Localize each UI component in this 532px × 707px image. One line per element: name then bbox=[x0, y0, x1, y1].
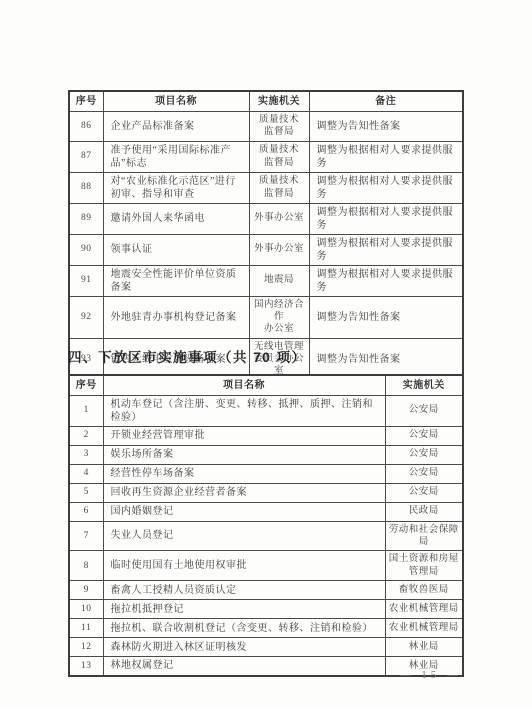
table-header-row: 序号 项目名称 实施机关 bbox=[69, 375, 463, 395]
cell-agency: 公安局 bbox=[385, 426, 463, 445]
adjusted-items-table: 序号 项目名称 实施机关 备注 86 企业产品标准备案 质量技术 监督局 调整为… bbox=[68, 90, 464, 382]
table-row: 92 外地驻青办事机构登记备案 国内经济合作 办公室 调整为告知性备案 bbox=[69, 296, 463, 338]
cell-remark: 调整为根据相对人要求提供服务 bbox=[309, 172, 463, 203]
cell-name: 开锁业经营管理审批 bbox=[103, 426, 385, 445]
col-header-no: 序号 bbox=[69, 375, 103, 395]
table-row: 89 邀请外国人来华函电 外事办公室 调整为根据相对人要求提供服务 bbox=[69, 203, 463, 234]
cell-agency: 国土资源和房屋 管理局 bbox=[385, 551, 463, 581]
cell-name: 失业人员登记 bbox=[103, 521, 385, 551]
cell-name: 临时使用国有土地使用权审批 bbox=[103, 551, 385, 581]
cell-name: 拖拉机、联合收割机登记（含变更、转移、注销和检验） bbox=[103, 619, 385, 638]
cell-agency: 地震局 bbox=[249, 265, 309, 296]
cell-no: 86 bbox=[69, 111, 103, 141]
col-header-remark: 备注 bbox=[309, 91, 463, 111]
page-number: — 15 — bbox=[400, 669, 463, 681]
table-row: 90 领事认证 外事办公室 调整为根据相对人要求提供服务 bbox=[69, 234, 463, 265]
cell-agency: 民政局 bbox=[385, 502, 463, 521]
table-row: 9 畜禽人工授精人员资质认定 畜牧兽医局 bbox=[69, 581, 463, 600]
cell-name: 对“农业标准化示范区”进行初审、指导和审查 bbox=[103, 172, 249, 203]
cell-name: 经营性停车场备案 bbox=[103, 464, 385, 483]
table-row: 4 经营性停车场备案 公安局 bbox=[69, 464, 463, 483]
col-header-no: 序号 bbox=[69, 91, 103, 111]
col-header-name: 项目名称 bbox=[103, 91, 249, 111]
cell-agency: 质量技术 监督局 bbox=[249, 141, 309, 172]
cell-agency: 质量技术 监督局 bbox=[249, 172, 309, 203]
cell-name: 拖拉机抵押登记 bbox=[103, 600, 385, 619]
table-row: 91 地震安全性能评价单位资质备案 地震局 调整为根据相对人要求提供服务 bbox=[69, 265, 463, 296]
cell-agency: 质量技术 监督局 bbox=[249, 111, 309, 141]
cell-agency: 畜牧兽医局 bbox=[385, 581, 463, 600]
cell-remark: 调整为根据相对人要求提供服务 bbox=[309, 203, 463, 234]
cell-no: 13 bbox=[69, 657, 103, 676]
cell-name: 邀请外国人来华函电 bbox=[103, 203, 249, 234]
table-row: 5 回收再生资源企业经营者备案 公安局 bbox=[69, 483, 463, 502]
cell-no: 7 bbox=[69, 521, 103, 551]
cell-no: 92 bbox=[69, 296, 103, 338]
cell-agency: 农业机械管理局 bbox=[385, 619, 463, 638]
cell-no: 91 bbox=[69, 265, 103, 296]
table-row: 11 拖拉机、联合收割机登记（含变更、转移、注销和检验） 农业机械管理局 bbox=[69, 619, 463, 638]
cell-remark: 调整为根据相对人要求提供服务 bbox=[309, 141, 463, 172]
cell-no: 90 bbox=[69, 234, 103, 265]
cell-name: 准予使用“采用国际标准产品”标志 bbox=[103, 141, 249, 172]
cell-no: 9 bbox=[69, 581, 103, 600]
table-row: 6 国内婚姻登记 民政局 bbox=[69, 502, 463, 521]
document-page: 序号 项目名称 实施机关 备注 86 企业产品标准备案 质量技术 监督局 调整为… bbox=[0, 0, 532, 707]
cell-remark: 调整为告知性备案 bbox=[309, 296, 463, 338]
table-row: 2 开锁业经营管理审批 公安局 bbox=[69, 426, 463, 445]
col-header-name: 项目名称 bbox=[103, 375, 385, 395]
table-row: 88 对“农业标准化示范区”进行初审、指导和审查 质量技术 监督局 调整为根据相… bbox=[69, 172, 463, 203]
table-row: 1 机动车登记（含注册、变更、转移、抵押、质押、注销和检验） 公安局 bbox=[69, 395, 463, 426]
cell-remark: 调整为告知性备案 bbox=[309, 111, 463, 141]
cell-agency: 劳动和社会保障局 bbox=[385, 521, 463, 551]
cell-agency: 外事办公室 bbox=[249, 203, 309, 234]
cell-no: 3 bbox=[69, 445, 103, 464]
delegated-items-table: 序号 项目名称 实施机关 1 机动车登记（含注册、变更、转移、抵押、质押、注销和… bbox=[68, 374, 464, 677]
cell-agency: 公安局 bbox=[385, 395, 463, 426]
cell-agency: 外事办公室 bbox=[249, 234, 309, 265]
cell-no: 89 bbox=[69, 203, 103, 234]
cell-no: 87 bbox=[69, 141, 103, 172]
cell-name: 国内婚姻登记 bbox=[103, 502, 385, 521]
table-row: 12 森林防火期进入林区证明核发 林业局 bbox=[69, 638, 463, 657]
cell-no: 8 bbox=[69, 551, 103, 581]
cell-name: 森林防火期进入林区证明核发 bbox=[103, 638, 385, 657]
table-row: 86 企业产品标准备案 质量技术 监督局 调整为告知性备案 bbox=[69, 111, 463, 141]
cell-name: 林地权属登记 bbox=[103, 657, 385, 676]
cell-agency: 公安局 bbox=[385, 483, 463, 502]
table-row: 87 准予使用“采用国际标准产品”标志 质量技术 监督局 调整为根据相对人要求提… bbox=[69, 141, 463, 172]
cell-name: 娱乐场所备案 bbox=[103, 445, 385, 464]
table-row: 8 临时使用国有土地使用权审批 国土资源和房屋 管理局 bbox=[69, 551, 463, 581]
cell-name: 机动车登记（含注册、变更、转移、抵押、质押、注销和检验） bbox=[103, 395, 385, 426]
cell-name: 地震安全性能评价单位资质备案 bbox=[103, 265, 249, 296]
cell-no: 12 bbox=[69, 638, 103, 657]
cell-agency: 国内经济合作 办公室 bbox=[249, 296, 309, 338]
table-row: 7 失业人员登记 劳动和社会保障局 bbox=[69, 521, 463, 551]
cell-name: 企业产品标准备案 bbox=[103, 111, 249, 141]
table-row: 3 娱乐场所备案 公安局 bbox=[69, 445, 463, 464]
cell-name: 外地驻青办事机构登记备案 bbox=[103, 296, 249, 338]
cell-no: 6 bbox=[69, 502, 103, 521]
cell-no: 88 bbox=[69, 172, 103, 203]
table-header-row: 序号 项目名称 实施机关 备注 bbox=[69, 91, 463, 111]
cell-no: 4 bbox=[69, 464, 103, 483]
table-row: 10 拖拉机抵押登记 农业机械管理局 bbox=[69, 600, 463, 619]
cell-name: 畜禽人工授精人员资质认定 bbox=[103, 581, 385, 600]
cell-remark: 调整为根据相对人要求提供服务 bbox=[309, 265, 463, 296]
cell-no: 10 bbox=[69, 600, 103, 619]
cell-remark: 调整为根据相对人要求提供服务 bbox=[309, 234, 463, 265]
cell-agency: 农业机械管理局 bbox=[385, 600, 463, 619]
cell-no: 2 bbox=[69, 426, 103, 445]
cell-no: 11 bbox=[69, 619, 103, 638]
col-header-agency: 实施机关 bbox=[249, 91, 309, 111]
cell-agency: 公安局 bbox=[385, 445, 463, 464]
section-heading: 四、下放区市实施事项（共 70 项） bbox=[68, 346, 307, 366]
col-header-agency: 实施机关 bbox=[385, 375, 463, 395]
cell-name: 回收再生资源企业经营者备案 bbox=[103, 483, 385, 502]
cell-no: 5 bbox=[69, 483, 103, 502]
cell-agency: 林业局 bbox=[385, 638, 463, 657]
cell-name: 领事认证 bbox=[103, 234, 249, 265]
cell-agency: 公安局 bbox=[385, 464, 463, 483]
cell-no: 1 bbox=[69, 395, 103, 426]
